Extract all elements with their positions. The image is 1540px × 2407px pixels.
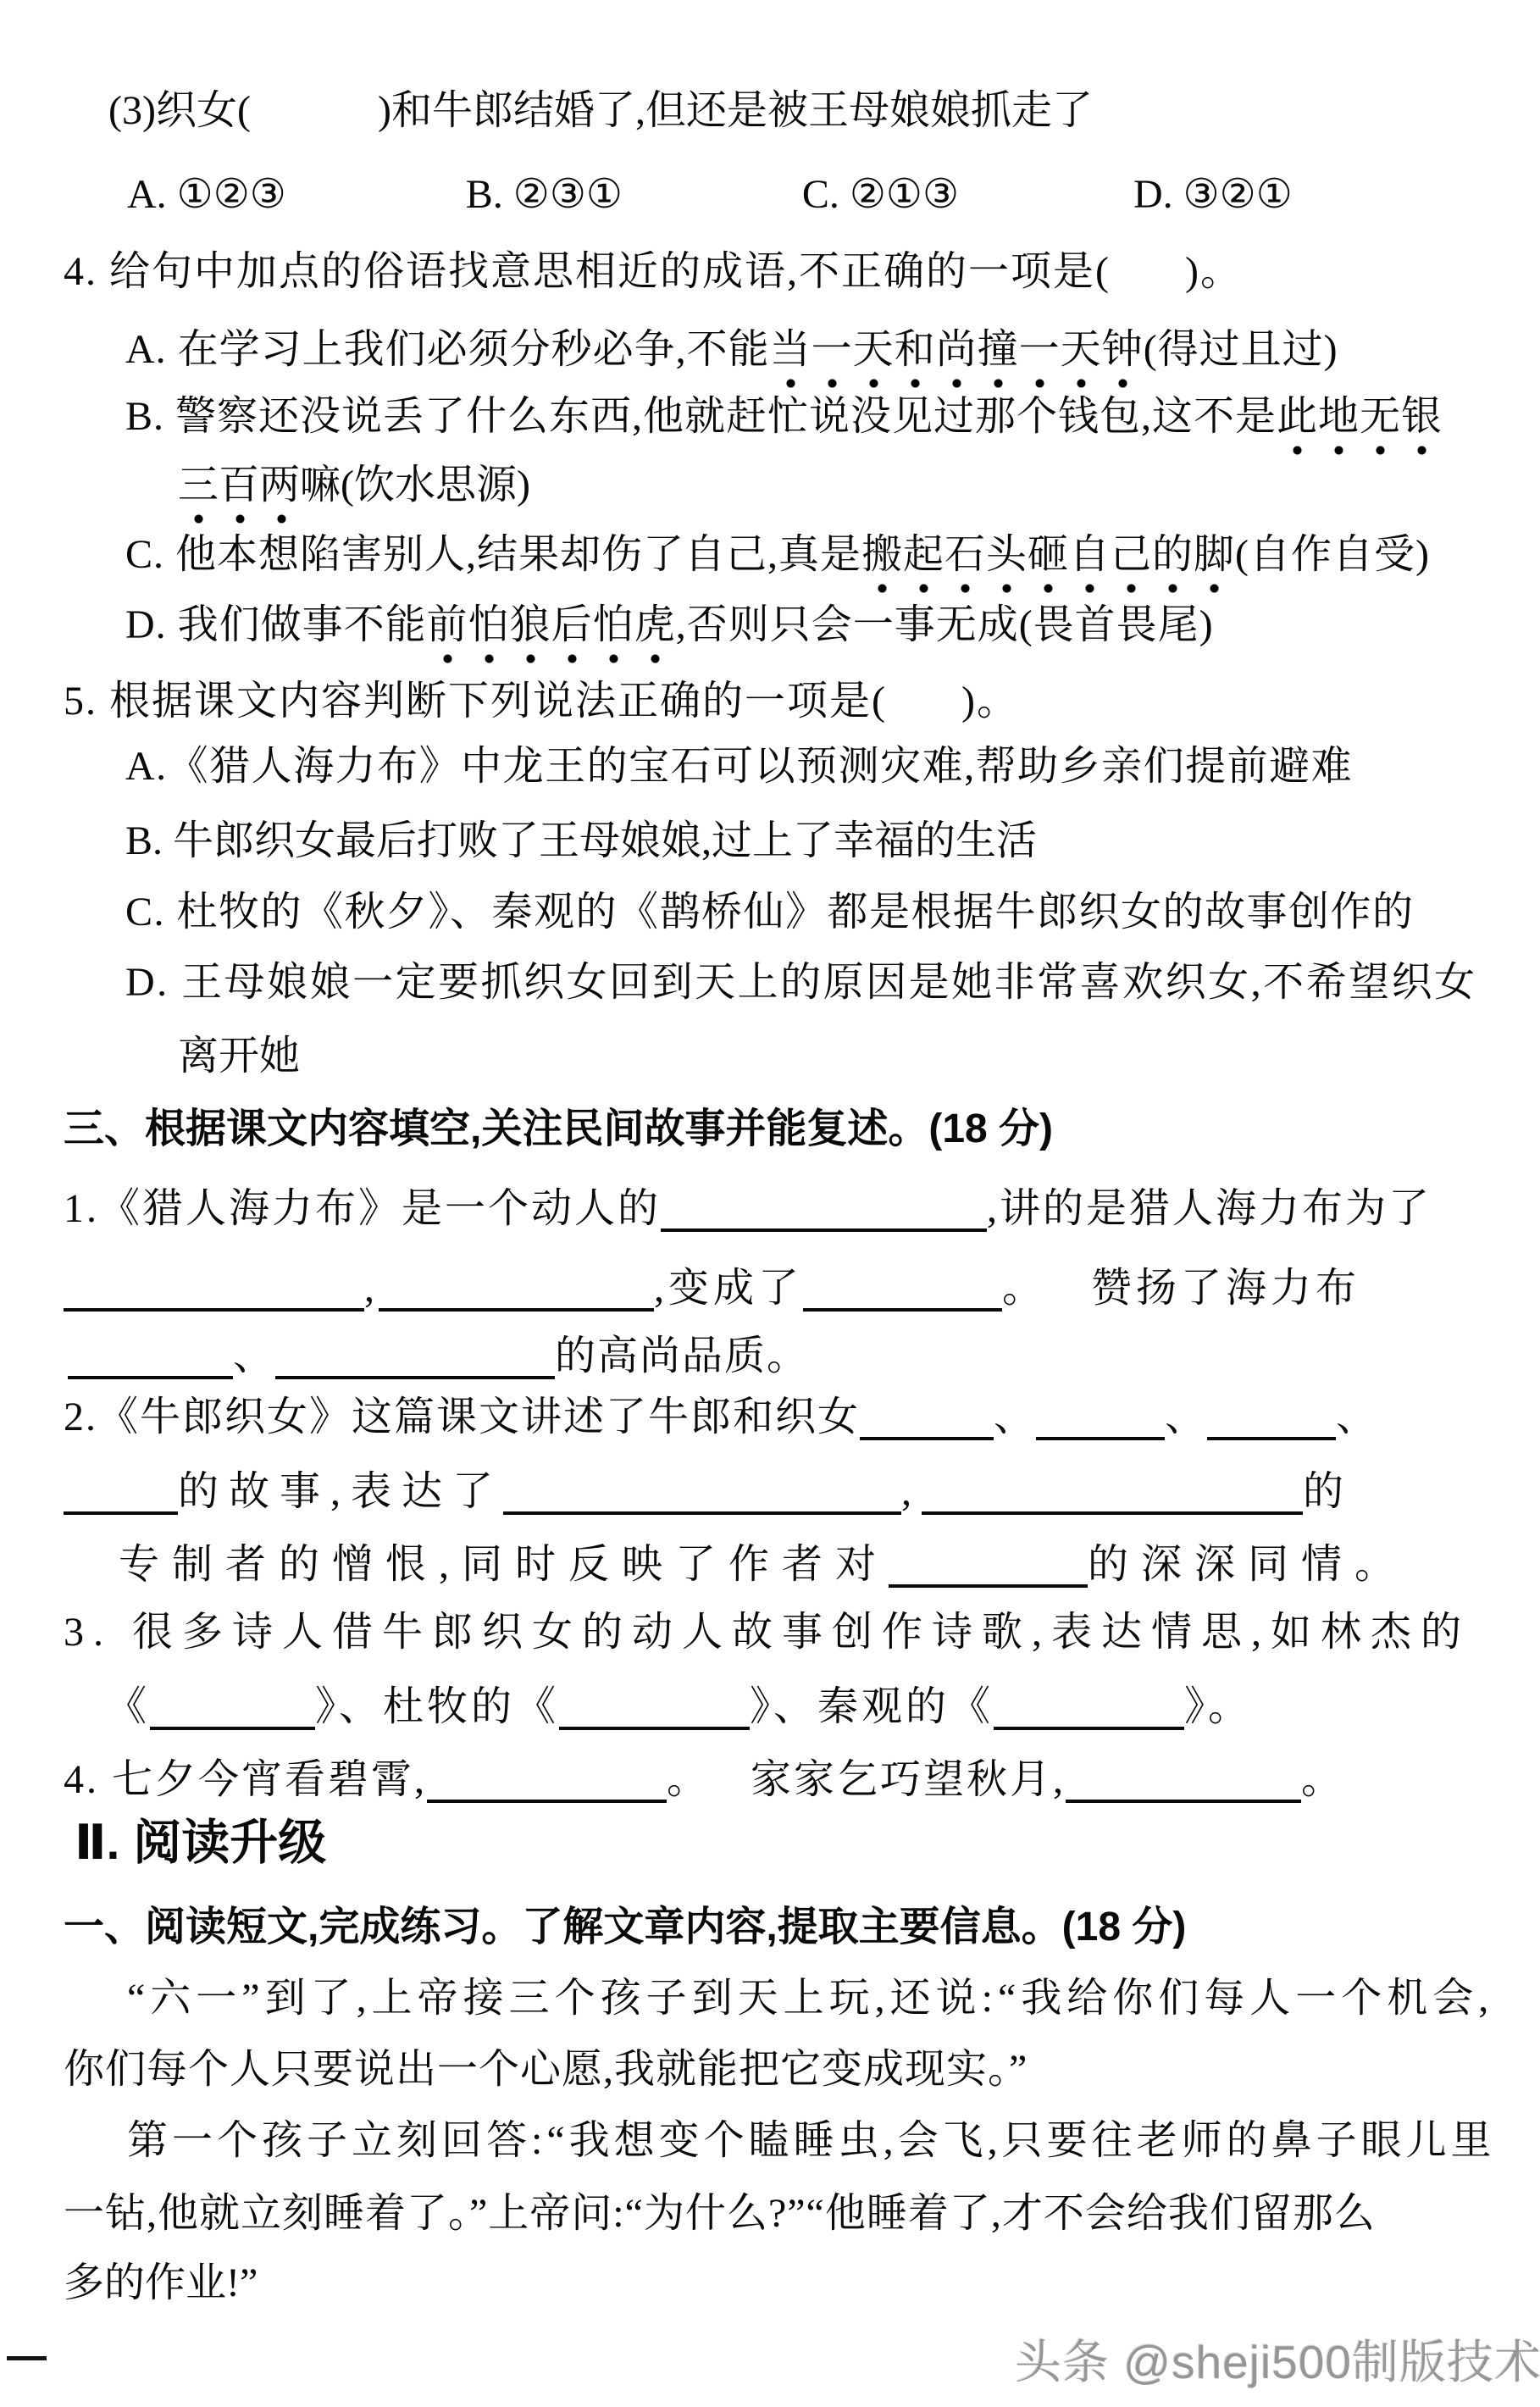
text-segment: 的深深同情。: [1088, 1542, 1408, 1587]
text-segment: 4. 七夕今宵看碧霄,: [64, 1757, 427, 1802]
fill-in-blank-line: [994, 1691, 1184, 1730]
fill-question-2-line-3: 专制者的憎恨,同时反映了作者对的深深同情。: [119, 1542, 1408, 1588]
text-segment: 。: [1301, 1757, 1344, 1802]
text-segment: )。: [1185, 249, 1243, 294]
text-segment: 你们每个人只要说出一个心愿,我就能把它变成现实。”: [64, 2047, 1028, 2092]
spacer: [251, 122, 378, 124]
text-segment: 的高尚品质。: [555, 1334, 809, 1378]
question-5-option-a: A.《猎人海力布》中龙王的宝石可以预测灾难,帮助乡亲们提前避难: [125, 744, 1353, 790]
fill-question-1-line-1: 1.《猎人海力布》是一个动人的,讲的是猎人海力布为了: [64, 1186, 1432, 1232]
text-segment: 》、杜牧的《: [315, 1684, 559, 1729]
fill-in-blank-line: [803, 1273, 1002, 1312]
text-segment: C. 杜牧的《秋夕》、秦观的《鹊桥仙》都是根据牛郎织女的故事创作的: [125, 890, 1415, 935]
fill-question-4: 4. 七夕今宵看碧霄,。家家乞巧望秋月,。: [64, 1757, 1344, 1803]
text-segment: 4. 给句中加点的俗语找意思相近的成语,不正确的一项是(: [64, 249, 1111, 294]
text-segment: 3. 很多诗人借牛郎织女的动人故事创作诗歌,表达情思,如林杰的: [64, 1610, 1471, 1655]
fill-question-3-line-2: 《》、杜牧的《》、秦观的《》。: [106, 1684, 1252, 1730]
fill-in-blank-line: [922, 1476, 1303, 1515]
text-segment: A. ①②③: [127, 172, 286, 217]
fill-question-2-line-2: 的故事,表达了,的: [64, 1469, 1354, 1515]
text-segment: 5. 根据课文内容判断下列说法正确的一项是(: [64, 679, 887, 724]
text-segment: C. ②①③: [802, 172, 959, 217]
question-4-option-b: B. 警察还没说丢了什么东西,他就赶忙说没见过那个钱包,这不是此地无银: [125, 394, 1443, 440]
text-segment: ,否则只会一事无成(畏首畏尾): [676, 602, 1214, 647]
spacer: [887, 713, 961, 714]
section-3-heading: 三、根据课文内容填空,关注民间故事并能复述。(18 分): [64, 1106, 1053, 1152]
text-segment: B. 警察还没说丢了什么东西,他就赶忙说没见过那个钱包,这不是: [125, 394, 1277, 439]
spacer: [1111, 283, 1185, 285]
text-segment: A.《猎人海力布》中龙王的宝石可以预测灾难,帮助乡亲们提前避难: [125, 744, 1353, 789]
watermark: 头条 @sheji500制版技术: [1015, 2325, 1540, 2392]
text-segment: ,: [901, 1469, 922, 1514]
text-segment: 三、根据课文内容填空,关注民间故事并能复述。(18 分): [64, 1106, 1053, 1151]
question-5-option-b: B. 牛郎织女最后打败了王母娘娘,过上了幸福的生活: [125, 818, 1037, 864]
text-segment: A. 在学习上我们必须分秒必争,不能: [125, 327, 770, 372]
fill-in-blank-line: [1207, 1401, 1336, 1440]
emphasized-text: 此地无银: [1277, 394, 1443, 456]
fill-question-3-line-1: 3. 很多诗人借牛郎织女的动人故事创作诗歌,表达情思,如林杰的: [64, 1610, 1471, 1656]
question-4-option-d: D. 我们做事不能前怕狼后怕虎,否则只会一事无成(畏首畏尾): [125, 602, 1214, 648]
text-segment: 专制者的憎恨,同时反映了作者对: [119, 1542, 889, 1587]
text-segment: 一钻,他就立刻睡着了。”上帝问:“为什么?”“他睡着了,才不会给我们留那么: [64, 2191, 1376, 2236]
passage-para-1-line-2: 你们每个人只要说出一个心愿,我就能把它变成现实。”: [64, 2047, 1028, 2093]
question-4-option-a: A. 在学习上我们必须分秒必争,不能当一天和尚撞一天钟(得过且过): [125, 327, 1338, 373]
text-segment: Ⅱ. 阅读升级: [75, 1816, 326, 1870]
sub-question-3: (3)织女()和牛郎结婚了,但还是被王母娘娘抓走了: [108, 88, 1093, 134]
fill-in-blank-line: [64, 1476, 178, 1515]
text-segment: 、: [1336, 1395, 1378, 1439]
text-segment: D. 我们做事不能: [125, 602, 427, 647]
text-segment: 、: [994, 1395, 1036, 1439]
fill-in-blank-line: [661, 1193, 987, 1232]
text-segment: (得过且过): [1144, 327, 1338, 372]
question-5-stem: 5. 根据课文内容判断下列说法正确的一项是()。: [64, 679, 1019, 724]
text-segment: 2.《牛郎织女》这篇课文讲述了牛郎和织女: [64, 1395, 860, 1439]
fill-in-blank-line: [860, 1401, 994, 1440]
fill-in-blank-line: [150, 1691, 315, 1730]
spacer: [623, 206, 802, 208]
answer-options-row: A. ①②③B. ②③①C. ②①③D. ③②①: [127, 172, 1293, 218]
text-segment: )和牛郎结婚了,但还是被王母娘娘抓走了: [378, 88, 1093, 133]
fill-question-2-line-1: 2.《牛郎织女》这篇课文讲述了牛郎和织女、、、: [64, 1395, 1378, 1440]
fill-in-blank-line: [379, 1273, 654, 1312]
spacer: [1047, 1300, 1091, 1301]
spacer: [710, 1791, 751, 1793]
question-5-option-c: C. 杜牧的《秋夕》、秦观的《鹊桥仙》都是根据牛郎织女的故事创作的: [125, 890, 1415, 935]
text-segment: 一、阅读短文,完成练习。了解文章内容,提取主要信息。(18 分): [64, 1905, 1186, 1949]
fill-in-blank-line: [68, 1340, 233, 1379]
fill-in-blank-line: [559, 1691, 750, 1730]
fill-in-blank-line: [427, 1764, 667, 1803]
text-segment: 嘛(饮水思源): [300, 463, 530, 507]
text-segment: B. ②③①: [466, 172, 623, 217]
text-segment: 家家乞巧望秋月,: [751, 1757, 1066, 1802]
text-segment: 第一个孩子立刻回答:“我想变个瞌睡虫,会飞,只要往老师的鼻子眼儿里: [127, 2118, 1496, 2163]
text-segment: ,讲的是猎人海力布为了: [987, 1186, 1432, 1231]
text-segment: 1.《猎人海力布》是一个动人的: [64, 1186, 661, 1231]
text-segment: 的: [1303, 1469, 1354, 1514]
text-segment: 、: [1165, 1395, 1207, 1439]
question-5-option-d: D. 王母娘娘一定要抓织女回到天上的原因是她非常喜欢织女,不希望织女: [125, 960, 1477, 1006]
passage-para-2-line-3: 多的作业!”: [64, 2260, 258, 2306]
reading-section-heading: 一、阅读短文,完成练习。了解文章内容,提取主要信息。(18 分): [64, 1905, 1186, 1950]
fill-in-blank-line: [1036, 1401, 1165, 1440]
page-corner-dash: [7, 2356, 47, 2360]
fill-in-blank-line: [889, 1549, 1088, 1588]
fill-question-1-line-2: ,,变成了。赞扬了海力布: [64, 1266, 1360, 1312]
text-segment: )。: [961, 679, 1019, 724]
fill-question-1-line-3: 、的高尚品质。: [68, 1334, 809, 1379]
spacer: [959, 206, 1133, 208]
emphasized-text: 搬起石头砸自己的脚: [861, 532, 1235, 594]
text-segment: B. 牛郎织女最后打败了王母娘娘,过上了幸福的生活: [125, 818, 1037, 863]
text-segment: 的故事,表达了: [178, 1469, 503, 1514]
text-segment: 》、秦观的《: [750, 1684, 994, 1729]
question-4-option-c: C. 他本想陷害别人,结果却伤了自己,真是搬起石头砸自己的脚(自作自受): [125, 532, 1430, 578]
fill-in-blank-line: [1066, 1764, 1301, 1803]
question-4-option-b-wrap: 三百两嘛(饮水思源): [178, 463, 530, 508]
part-2-heading: Ⅱ. 阅读升级: [75, 1816, 326, 1871]
text-segment: “六一”到了,上帝接三个孩子到天上玩,还说:“我给你们每人一个机会,: [127, 1976, 1493, 2021]
question-4-stem: 4. 给句中加点的俗语找意思相近的成语,不正确的一项是()。: [64, 249, 1243, 295]
emphasized-text: 前怕狼后怕虎: [427, 602, 676, 664]
text-segment: D. ③②①: [1133, 172, 1293, 217]
emphasized-text: 三百两: [178, 463, 300, 524]
text-segment: 赞扬了海力布: [1091, 1266, 1360, 1311]
text-segment: (3)织女(: [108, 88, 251, 133]
question-5-option-d-wrap: 离开她: [178, 1034, 300, 1079]
passage-para-2-line-2: 一钻,他就立刻睡着了。”上帝问:“为什么?”“他睡着了,才不会给我们留那么: [64, 2191, 1376, 2237]
text-segment: 。: [667, 1757, 710, 1802]
text-segment: ,变成了: [654, 1266, 803, 1311]
text-segment: 离开她: [178, 1034, 300, 1079]
text-segment: 、: [233, 1334, 275, 1378]
emphasized-text: 当一天和尚撞一天钟: [770, 327, 1144, 389]
fill-in-blank-line: [503, 1476, 901, 1515]
text-segment: (自作自受): [1235, 532, 1430, 577]
text-segment: 》。: [1184, 1684, 1252, 1729]
text-segment: D. 王母娘娘一定要抓织女回到天上的原因是她非常喜欢织女,不希望织女: [125, 960, 1477, 1005]
passage-para-2-line-1: 第一个孩子立刻回答:“我想变个瞌睡虫,会飞,只要往老师的鼻子眼儿里: [127, 2118, 1496, 2164]
text-segment: 多的作业!”: [64, 2260, 258, 2305]
passage-para-1-line-1: “六一”到了,上帝接三个孩子到天上玩,还说:“我给你们每人一个机会,: [127, 1976, 1493, 2022]
fill-in-blank-line: [275, 1340, 555, 1379]
text-segment: 《: [106, 1684, 150, 1729]
fill-in-blank-line: [64, 1273, 364, 1312]
spacer: [286, 206, 466, 208]
text-segment: 。: [1002, 1266, 1047, 1311]
text-segment: C. 他本想陷害别人,结果却伤了自己,真是: [125, 532, 861, 577]
page: 头条 @sheji500制版技术 (3)织女()和牛郎结婚了,但还是被王母娘娘抓…: [0, 0, 1540, 2407]
text-segment: ,: [364, 1266, 379, 1311]
